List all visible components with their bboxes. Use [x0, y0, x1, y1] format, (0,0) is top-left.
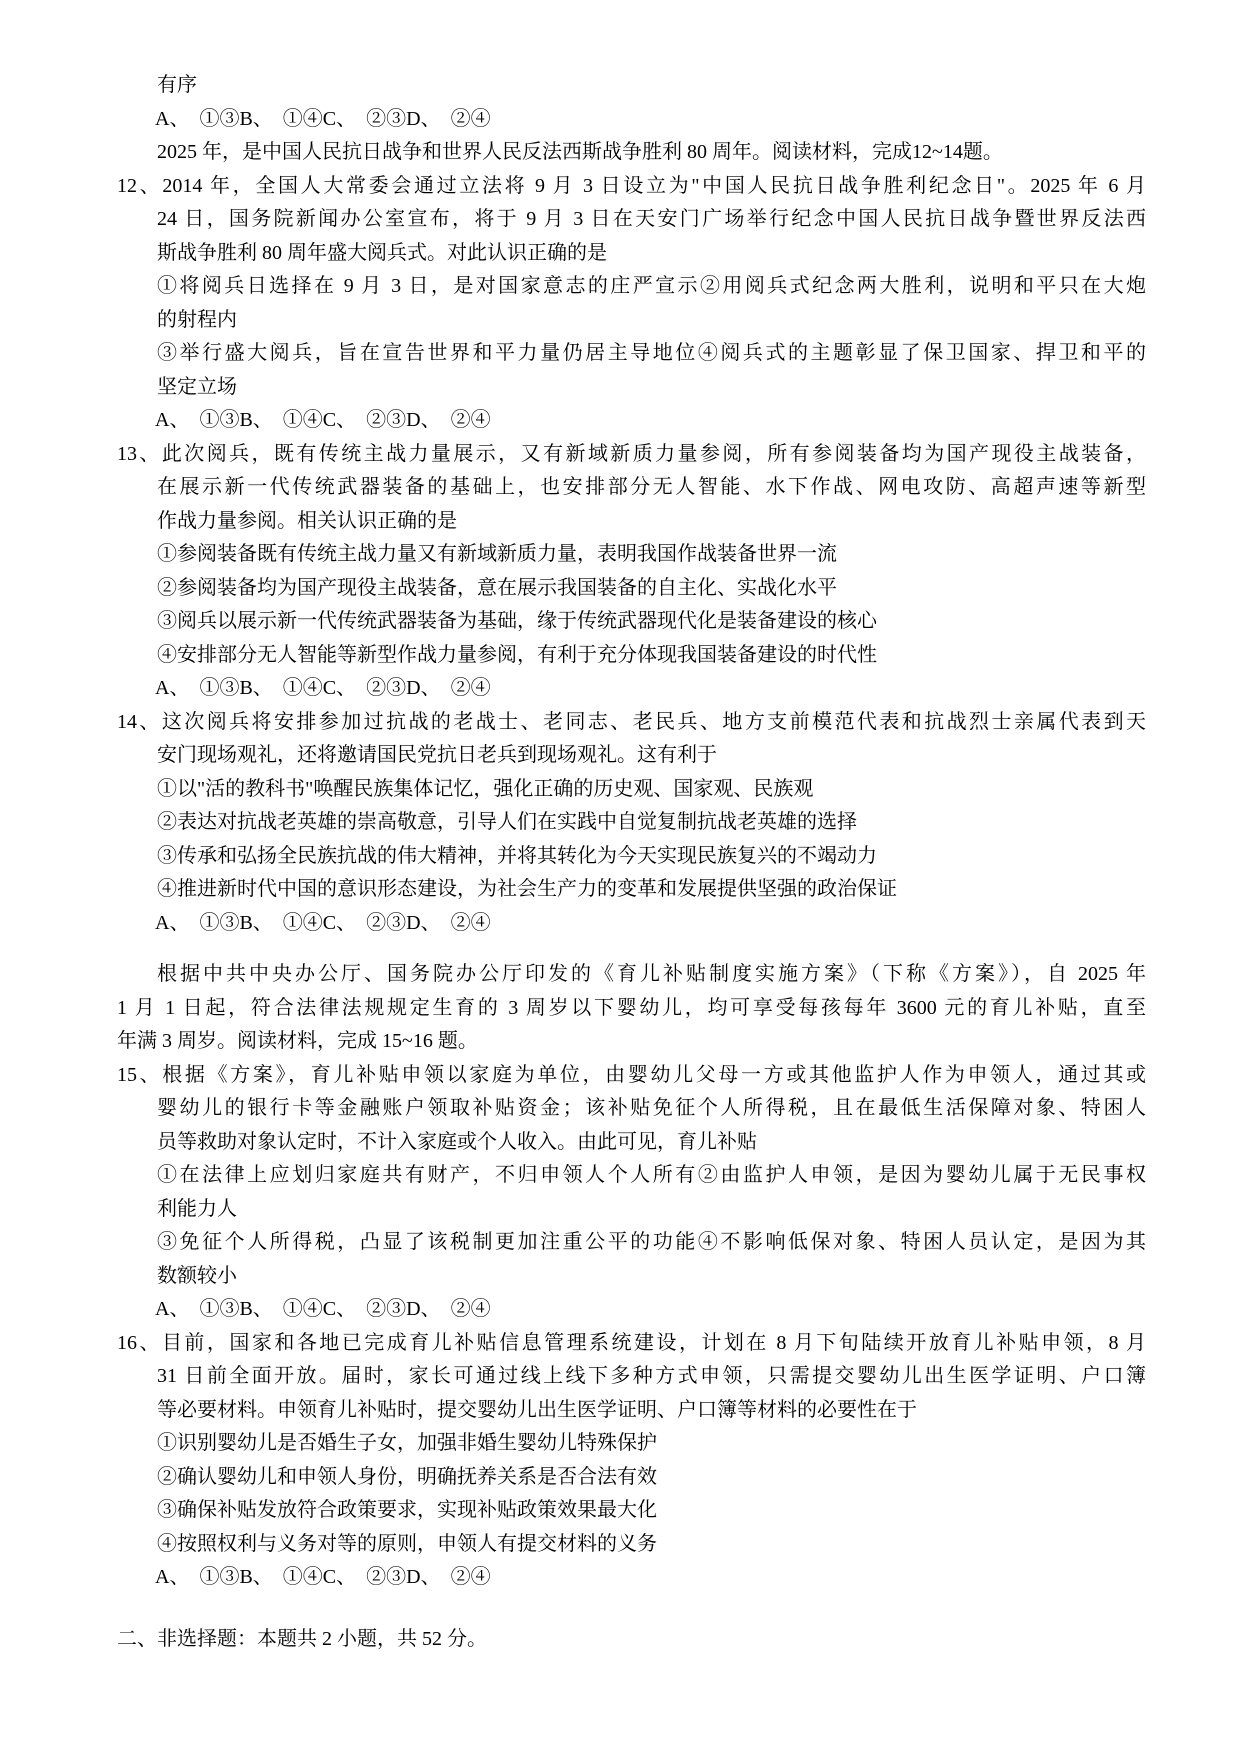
question-16-line-1: 16、目前，国家和各地已完成育儿补贴信息管理系统建设，计划在 8 月下旬陆续开放…	[117, 1327, 1146, 1361]
spacer-2	[0, 1595, 1240, 1623]
question-12-line-5: 的射程内	[157, 304, 1146, 338]
question-16: 16、目前，国家和各地已完成育儿补贴信息管理系统建设，计划在 8 月下旬陆续开放…	[0, 1327, 1240, 1595]
question-16-line-2: 31 日前全面开放。届时，家长可通过线上线下多种方式申领，只需提交婴幼儿出生医学…	[157, 1360, 1146, 1394]
question-13-line-1: 13、此次阅兵，既有传统主战力量展示，又有新域新质力量参阅，所有参阅装备均为国产…	[117, 438, 1146, 472]
section-2-heading: 二、非选择题：本题共 2 小题，共 52 分。	[0, 1623, 1240, 1657]
question-16-line-8: A、 ①③B、 ①④C、 ②③D、 ②④	[155, 1561, 1146, 1595]
question-12-line-1: 12、2014 年，全国人大常委会通过立法将 9 月 3 日设立为"中国人民抗日…	[117, 170, 1146, 204]
question-15-line-5: 利能力人	[157, 1193, 1146, 1227]
reading-intro-q15-16-line-2: 1 月 1 日起，符合法律法规规定生育的 3 周岁以下婴幼儿，均可享受每孩每年 …	[117, 992, 1146, 1026]
question-13-line-8: A、 ①③B、 ①④C、 ②③D、 ②④	[155, 672, 1146, 706]
exam-page: 有序A、 ①③B、 ①④C、 ②③D、 ②④2025 年，是中国人民抗日战争和世…	[0, 0, 1240, 1753]
question-16-line-3: 等必要材料。申领育儿补贴时，提交婴幼儿出生医学证明、户口簿等材料的必要性在于	[157, 1394, 1146, 1428]
question-13-line-7: ④安排部分无人智能等新型作战力量参阅，有利于充分体现我国装备建设的时代性	[157, 639, 1146, 673]
question-15: 15、根据《方案》，育儿补贴申领以家庭为单位，由婴幼儿父母一方或其他监护人作为申…	[0, 1059, 1240, 1327]
question-12-line-6: ③举行盛大阅兵，旨在宣告世界和平力量仍居主导地位④阅兵式的主题彰显了保卫国家、捍…	[157, 337, 1146, 371]
question-12-line-8: A、 ①③B、 ①④C、 ②③D、 ②④	[155, 404, 1146, 438]
question-12: 12、2014 年，全国人大常委会通过立法将 9 月 3 日设立为"中国人民抗日…	[0, 170, 1240, 438]
question-14-line-5: ③传承和弘扬全民族抗战的伟大精神，并将其转化为今天实现民族复兴的不竭动力	[157, 840, 1146, 874]
question-12-line-7: 坚定立场	[157, 371, 1146, 405]
question-15-line-7: 数额较小	[157, 1260, 1146, 1294]
question-13-line-6: ③阅兵以展示新一代传统武器装备为基础，缘于传统武器现代化是装备建设的核心	[157, 605, 1146, 639]
question-15-line-3: 员等救助对象认定时，不计入家庭或个人收入。由此可见，育儿补贴	[157, 1126, 1146, 1160]
spacer-1	[0, 940, 1240, 958]
question-14-line-2: 安门现场观礼，还将邀请国民党抗日老兵到现场观礼。这有利于	[157, 739, 1146, 773]
reading-intro-q15-16-line-1: 根据中共中央办公厅、国务院办公厅印发的《育儿补贴制度实施方案》（下称《方案》），…	[117, 958, 1146, 992]
section-2-heading-line-1: 二、非选择题：本题共 2 小题，共 52 分。	[117, 1623, 1146, 1657]
question-15-line-4: ①在法律上应划归家庭共有财产，不归申领人个人所有②由监护人申领，是因为婴幼儿属于…	[157, 1159, 1146, 1193]
question-15-line-8: A、 ①③B、 ①④C、 ②③D、 ②④	[155, 1293, 1146, 1327]
question-16-line-7: ④按照权利与义务对等的原则，申领人有提交材料的义务	[157, 1528, 1146, 1562]
reading-intro-q12-14-line-1: 2025 年，是中国人民抗日战争和世界人民反法西斯战争胜利 80 周年。阅读材料…	[117, 136, 1146, 170]
carryover-option-tail: 有序A、 ①③B、 ①④C、 ②③D、 ②④	[0, 69, 1240, 136]
question-12-line-4: ①将阅兵日选择在 9 月 3 日，是对国家意志的庄严宣示②用阅兵式纪念两大胜利，…	[157, 270, 1146, 304]
reading-intro-q15-16-line-3: 年满 3 周岁。阅读材料，完成 15~16 题。	[117, 1025, 1146, 1059]
carryover-option-tail-line-2: A、 ①③B、 ①④C、 ②③D、 ②④	[155, 103, 1146, 137]
question-16-line-6: ③确保补贴发放符合政策要求，实现补贴政策效果最大化	[157, 1494, 1146, 1528]
question-13: 13、此次阅兵，既有传统主战力量展示，又有新域新质力量参阅，所有参阅装备均为国产…	[0, 438, 1240, 706]
question-12-line-3: 斯战争胜利 80 周年盛大阅兵式。对此认识正确的是	[157, 237, 1146, 271]
question-14-line-6: ④推进新时代中国的意识形态建设，为社会生产力的变革和发展提供坚强的政治保证	[157, 873, 1146, 907]
question-14: 14、这次阅兵将安排参加过抗战的老战士、老同志、老民兵、地方支前模范代表和抗战烈…	[0, 706, 1240, 941]
reading-intro-q12-14: 2025 年，是中国人民抗日战争和世界人民反法西斯战争胜利 80 周年。阅读材料…	[0, 136, 1240, 170]
question-15-line-1: 15、根据《方案》，育儿补贴申领以家庭为单位，由婴幼儿父母一方或其他监护人作为申…	[117, 1059, 1146, 1093]
question-16-line-5: ②确认婴幼儿和申领人身份，明确抚养关系是否合法有效	[157, 1461, 1146, 1495]
question-13-line-5: ②参阅装备均为国产现役主战装备，意在展示我国装备的自主化、实战化水平	[157, 572, 1146, 606]
question-13-line-4: ①参阅装备既有传统主战力量又有新域新质力量，表明我国作战装备世界一流	[157, 538, 1146, 572]
question-16-line-4: ①识别婴幼儿是否婚生子女，加强非婚生婴幼儿特殊保护	[157, 1427, 1146, 1461]
question-14-line-7: A、 ①③B、 ①④C、 ②③D、 ②④	[155, 907, 1146, 941]
question-13-line-3: 作战力量参阅。相关认识正确的是	[157, 505, 1146, 539]
question-14-line-3: ①以"活的教科书"唤醒民族集体记忆，强化正确的历史观、国家观、民族观	[157, 773, 1146, 807]
question-14-line-4: ②表达对抗战老英雄的崇高敬意，引导人们在实践中自觉复制抗战老英雄的选择	[157, 806, 1146, 840]
question-13-line-2: 在展示新一代传统武器装备的基础上，也安排部分无人智能、水下作战、网电攻防、高超声…	[157, 471, 1146, 505]
question-15-line-6: ③免征个人所得税，凸显了该税制更加注重公平的功能④不影响低保对象、特困人员认定，…	[157, 1226, 1146, 1260]
carryover-option-tail-line-1: 有序	[157, 69, 1146, 103]
question-14-line-1: 14、这次阅兵将安排参加过抗战的老战士、老同志、老民兵、地方支前模范代表和抗战烈…	[117, 706, 1146, 740]
question-15-line-2: 婴幼儿的银行卡等金融账户领取补贴资金；该补贴免征个人所得税，且在最低生活保障对象…	[157, 1092, 1146, 1126]
question-12-line-2: 24 日，国务院新闻办公室宣布，将于 9 月 3 日在天安门广场举行纪念中国人民…	[157, 203, 1146, 237]
reading-intro-q15-16: 根据中共中央办公厅、国务院办公厅印发的《育儿补贴制度实施方案》（下称《方案》），…	[0, 958, 1240, 1059]
